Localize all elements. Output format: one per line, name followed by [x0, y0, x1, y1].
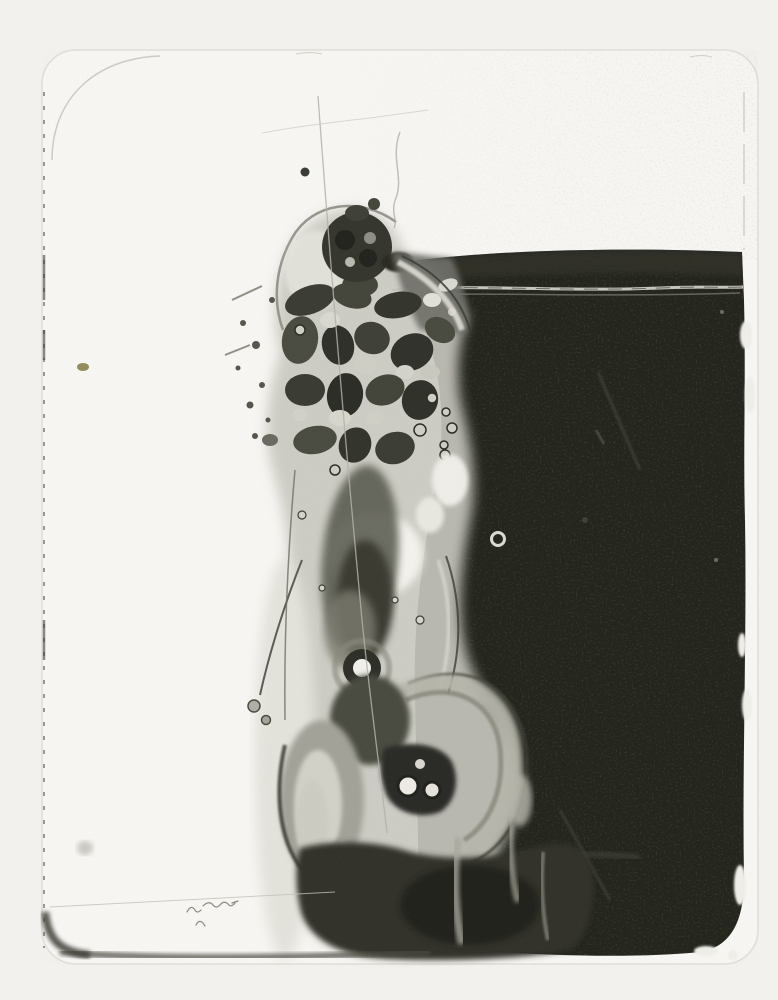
head-knob	[345, 205, 369, 221]
bottom-mass-core	[400, 865, 540, 945]
faint-blob	[77, 841, 93, 855]
droplet-1	[248, 700, 260, 712]
head-highlight-2	[364, 232, 376, 244]
head-mottle-1	[335, 230, 355, 250]
head-highlight-1	[345, 257, 355, 267]
speckle-region	[330, 52, 758, 260]
head-mottle-2	[359, 249, 377, 267]
bright-pocket-1	[432, 454, 468, 506]
droplet-2	[262, 716, 271, 725]
specimen-head	[322, 212, 392, 282]
photo-scan-page	[0, 0, 778, 1000]
cluster-bubble-2	[424, 782, 440, 798]
head-top-blob	[368, 198, 380, 210]
cluster-bubble-3	[414, 758, 426, 770]
olive-speck	[77, 363, 89, 371]
cluster-bubble-1	[398, 776, 418, 796]
photograph	[0, 0, 778, 1000]
bright-pocket-2	[416, 497, 444, 533]
ink-dot	[301, 168, 310, 177]
bottom-highlight	[508, 774, 532, 826]
